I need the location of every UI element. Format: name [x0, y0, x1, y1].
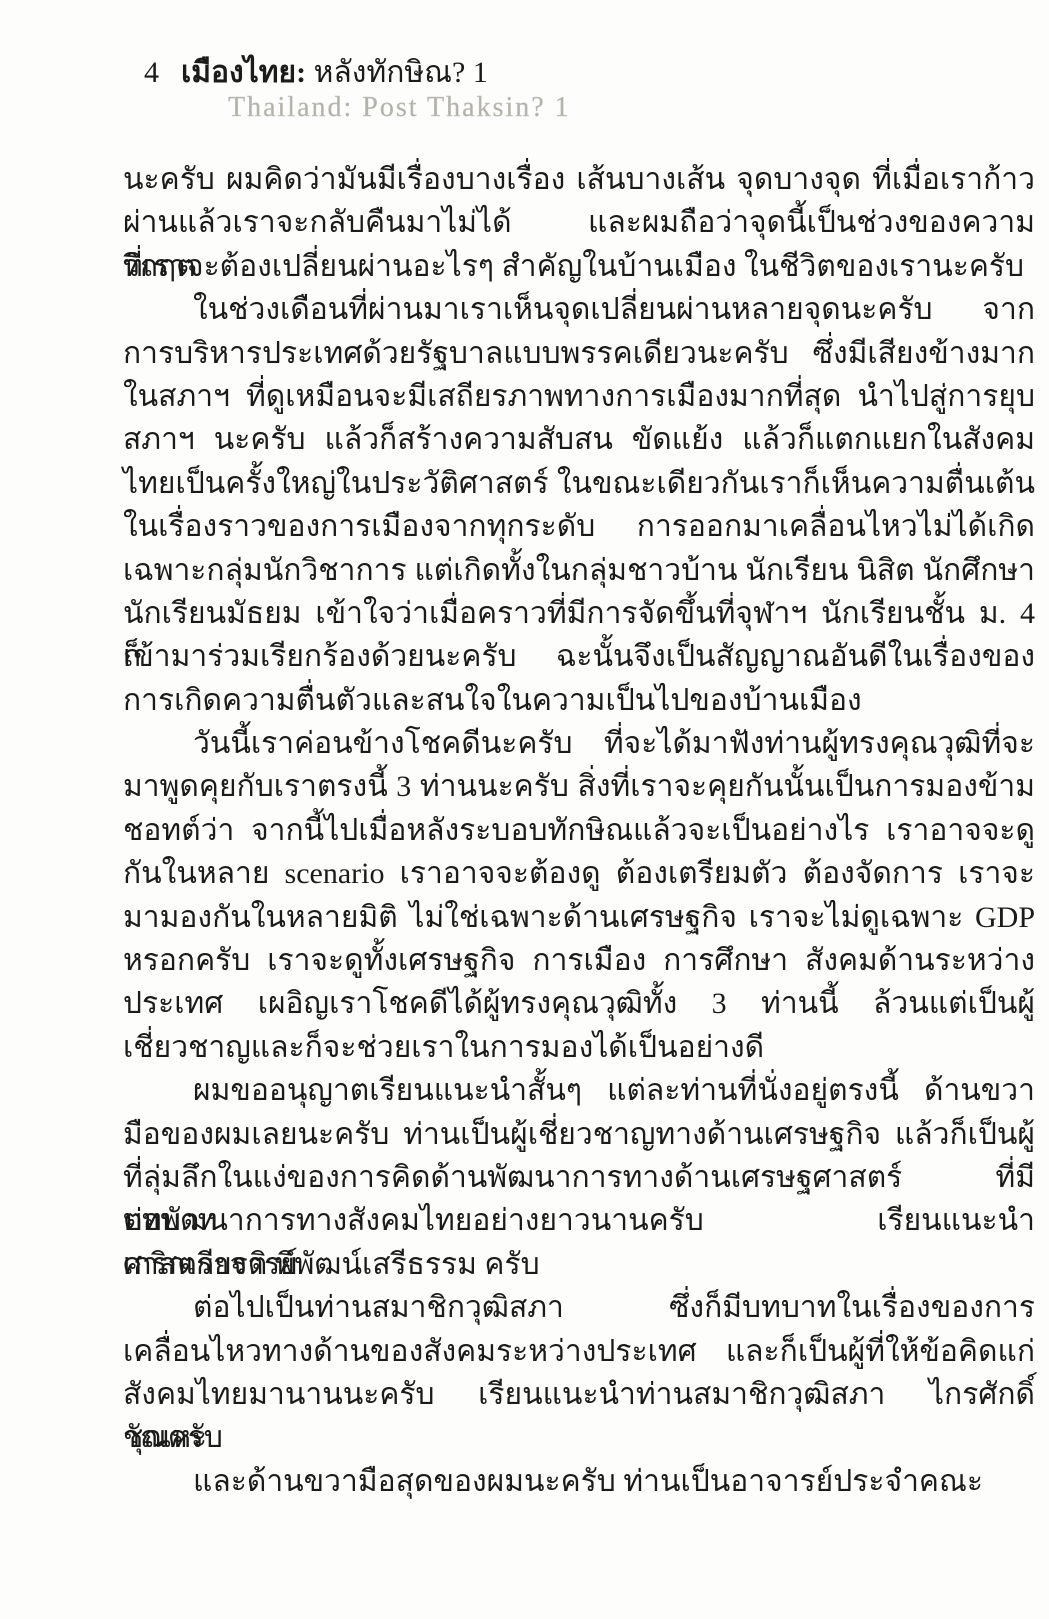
text-line: เข้ามาร่วมเรียกร้องด้วยนะครับ ฉะนั้นจึงเ…: [123, 635, 1035, 678]
text-line: ผ่านแล้วเราจะกลับคืนมาไม่ได้ และผมถือว่า…: [123, 201, 1035, 244]
text-line: ในเรื่องราวของการเมืองจากทุกระดับ การออก…: [123, 505, 1035, 548]
text-line: ต่อไปเป็นท่านสมาชิกวุฒิสภา ซึ่งก็มีบทบาท…: [123, 1286, 1035, 1329]
page-header: 4เมืองไทย: หลังทักษิณ? 1: [144, 56, 488, 90]
text-line: กันในหลาย scenario เราอาจจะต้องดู ต้องเต…: [123, 852, 1035, 895]
text-line: เคลื่อนไหวทางด้านของสังคมระหว่างประเทศ แ…: [123, 1330, 1035, 1373]
text-line: ประเทศ เผอิญเราโชคดีได้ผู้ทรงคุณวุฒิทั้ง…: [123, 982, 1035, 1025]
text-line: ไทยเป็นครั้งใหญ่ในประวัติศาสตร์ ในขณะเดี…: [123, 462, 1035, 505]
text-line: ที่เราจะต้องเปลี่ยนผ่านอะไรๆ สำคัญในบ้าน…: [123, 245, 1035, 288]
text-line: เฉพาะกลุ่มนักวิชาการ แต่เกิดทั้งในกลุ่มช…: [123, 549, 1035, 592]
text-line: และด้านขวามือสุดของผมนะครับ ท่านเป็นอาจา…: [123, 1460, 1035, 1503]
text-line: มือของผมเลยนะครับ ท่านเป็นผู้เชี่ยวชาญทา…: [123, 1113, 1035, 1156]
chapter-title-english-showthrough: Thailand: Post Thaksin? 1: [228, 92, 571, 124]
text-line: ผมขออนุญาตเรียนแนะนำสั้นๆ แต่ละท่านที่นั…: [123, 1069, 1035, 1112]
body-text: นะครับ ผมคิดว่ามันมีเรื่องบางเรื่อง เส้น…: [123, 158, 1035, 1503]
text-line: เชี่ยวชาญและก็จะช่วยเราในการมองได้เป็นอย…: [123, 1026, 1035, 1069]
text-line: ในสภาฯ ที่ดูเหมือนจะมีเสถียรภาพทางการเมื…: [123, 375, 1035, 418]
text-line: เกริกเกียรติ พิพัฒน์เสรีธรรม ครับ: [123, 1243, 1035, 1286]
text-line: การบริหารประเทศด้วยรัฐบาลแบบพรรคเดียวนะค…: [123, 332, 1035, 375]
chapter-title-thai-bold: เมืองไทย:: [181, 56, 306, 89]
chapter-title-thai-rest: หลังทักษิณ? 1: [314, 56, 488, 89]
book-page: 4เมืองไทย: หลังทักษิณ? 1 Thailand: Post …: [0, 0, 1049, 1619]
text-line: วัณครับ: [123, 1416, 1035, 1459]
text-line: สังคมไทยมานานนะครับ เรียนแนะนำท่านสมาชิก…: [123, 1373, 1035, 1416]
text-line: มามองกันในหลายมิติ ไม่ใช่เฉพาะด้านเศรษฐก…: [123, 896, 1035, 939]
page-number: 4: [144, 56, 159, 90]
text-line: มาพูดคุยกับเราตรงนี้ 3 ท่านนะครับ สิ่งที…: [123, 765, 1035, 808]
text-line: ชอทต์ว่า จากนี้ไปเมื่อหลังระบอบทักษิณแล้…: [123, 809, 1035, 852]
text-line: ที่ลุ่มลึกในแง่ของการคิดด้านพัฒนาการทางด…: [123, 1156, 1035, 1199]
text-line: สภาฯ นะครับ แล้วก็สร้างความสับสน ขัดแย้ง…: [123, 418, 1035, 461]
text-line: การเกิดความตื่นตัวและสนใจในความเป็นไปของ…: [123, 679, 1035, 722]
text-line: หรอกครับ เราจะดูทั้งเศรษฐกิจ การเมือง กา…: [123, 939, 1035, 982]
text-line: ในช่วงเดือนที่ผ่านมาเราเห็นจุดเปลี่ยนผ่า…: [123, 288, 1035, 331]
text-line: นักเรียนมัธยม เข้าใจว่าเมื่อคราวที่มีการ…: [123, 592, 1035, 635]
text-line: วันนี้เราค่อนข้างโชคดีนะครับ ที่จะได้มาฟ…: [123, 722, 1035, 765]
text-line: นะครับ ผมคิดว่ามันมีเรื่องบางเรื่อง เส้น…: [123, 158, 1035, 201]
text-line: ต่อพัฒนาการทางสังคมไทยอย่างยาวนานครับ เร…: [123, 1199, 1035, 1242]
